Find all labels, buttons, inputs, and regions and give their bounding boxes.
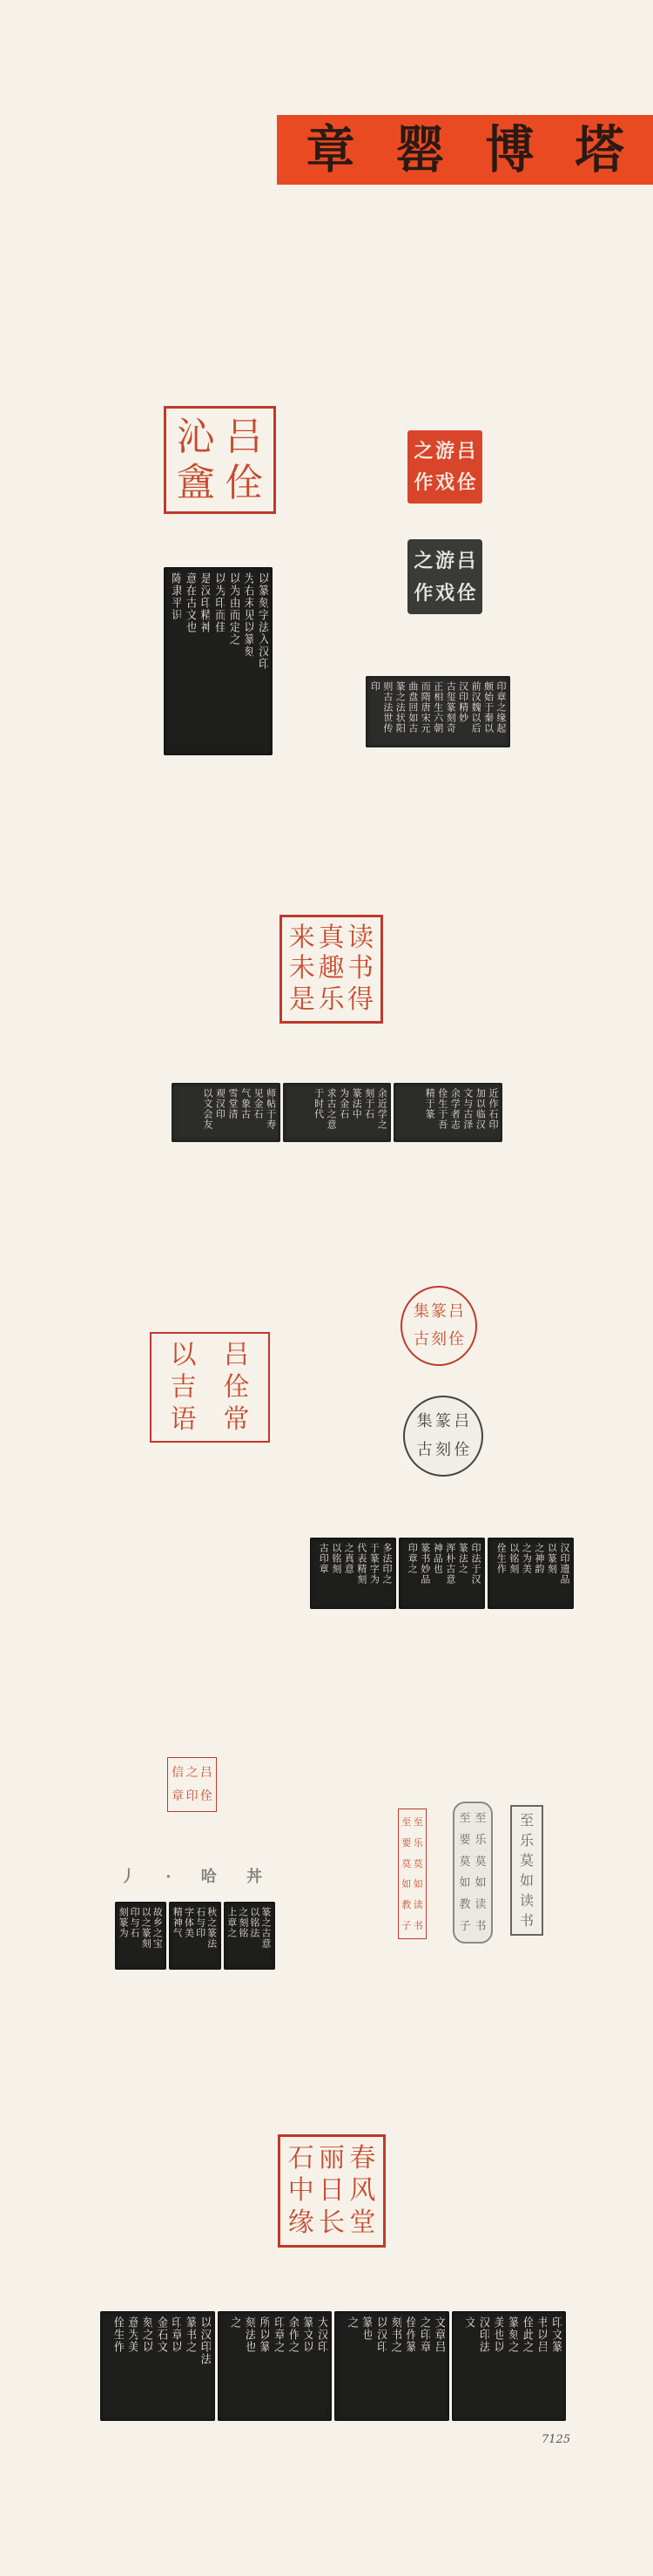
title-char: 博 [486,125,535,176]
seal-char: 佺 [453,1437,471,1465]
seal-char: 如 [514,1870,540,1890]
rubbing-text-column: 汉印遗品 [559,1543,569,1604]
rubbing-text-column: 汉印精妙 [458,681,468,742]
rubbing-text-column: 意在古文也 [184,572,196,750]
title-char: 塔 [576,125,624,176]
rubbing-text-column: 余近学之 [377,1088,387,1137]
rubbing-text-column: 雪堂清 [227,1088,238,1137]
rubbing-text-column: 上章之 [228,1907,237,1964]
rubbing-text-column: 以铭法 [251,1907,259,1964]
seal-char: 古 [413,1326,430,1354]
rubbing-text-column: 精于篆 [425,1088,435,1137]
rubbing-text-column: 所以篆 [258,2316,270,2416]
rubbing-text-column: 文与古泽 [462,1088,473,1137]
seal-char: 印 [185,1785,199,1809]
rubbing-text-column: 篆文以 [301,2316,313,2416]
rubbing-panel: 近作石印 加以临汉 文与古泽 余学者志 佺生于吾 精于篆 [394,1083,502,1142]
seal-char: 要 [401,1833,413,1854]
seal-char: 至 [514,1810,540,1830]
rubbing-text-column: 篆也 [360,2316,373,2416]
rubbing-text-column: 多法印之 [381,1543,392,1604]
seal-char: 至 [401,1812,413,1833]
seal-char: 吕 [455,436,477,467]
seal-char: 篆 [430,1298,448,1326]
seal-char: 莫 [401,1853,413,1874]
seal-char: 乐 [514,1830,540,1850]
seal-char: 风 [347,2174,378,2207]
rubbing-text-column: 之 [229,2316,241,2416]
rubbing-text-column: 浑朴古意 [445,1543,455,1604]
rubbing-triptych: 多法印之 于篆字为 代表精刻 之真意 以铭刻 古印章 印法于汉 篆法之 浑朴古意… [310,1538,574,1609]
seal-char: 盦 [172,460,220,506]
seal-char: 集 [413,1298,430,1326]
rubbing-text-column: 曲盘回如古 [407,681,417,742]
rubbing-text-column: 刻篆为 [119,1907,128,1964]
seal-large-zhuwen: 吕 佺 沁 盦 [164,406,276,514]
seal-char: 戏 [434,467,456,498]
seal-char: 作 [413,467,434,498]
rubbing-text-column: 神品也 [433,1543,443,1604]
rubbing-quadriptych: 以汉印法 篆书之 印章以 金石文 刻之以 意为美 佺生作 大汉印 篆文以 余作之… [100,2311,566,2421]
seal-char: 佺 [199,1785,213,1809]
rubbing-panel: 大汉印 篆文以 余作之 印章之 所以篆 刻法也 之 [218,2311,333,2421]
seal-char: 堂 [347,2208,378,2240]
seal-char: 丽 [316,2142,347,2174]
rubbing-text-column: 则古法世传 [382,681,392,742]
seal-char: 吕 [448,1298,465,1326]
rubbing-text-column: 篆之法状阳 [395,681,405,742]
seal-small-zhuwen: 吕 佺 之 印 信 章 [167,1757,217,1812]
rubbing-text-column: 篆法中 [352,1088,362,1137]
seal-zhuwen-nine: 读 书 得 真 趣 乐 来 未 是 [279,915,383,1024]
rubbing-text-column: 之神韵 [534,1543,544,1604]
seal-char: 书 [413,1915,425,1936]
seal-char: 读 [413,1895,425,1916]
seal-char: 子 [401,1915,413,1936]
seal-char: 佺 [455,577,477,609]
rubbing-wide: 印章之缘起 颇始于秦以 前汉魏以后 汉印精妙 古玺篆刻奇 正相生六朝 而隋唐宋元… [366,676,510,747]
rubbing-text-column: 佺生作 [111,2316,124,2416]
rubbing-panel: 故乡之宝 以之篆刻 印与石 刻篆为 [115,1902,166,1970]
rubbing-text-column: 篆刻之 [506,2316,518,2416]
seal-char: 趣 [317,954,347,985]
seal-char: 书 [346,954,375,985]
seal-char: 如 [413,1874,425,1895]
seal-char: 至 [413,1812,425,1833]
rubbing-text-column: 余作之 [286,2316,299,2416]
rubbing-text-column: 颇始于秦以 [483,681,493,742]
rubbing-text-column: 印 [370,681,380,742]
rubbing-text-column: 大汉印 [315,2316,327,2416]
seal-char: 游 [434,436,456,467]
rubbing-text-column: 印章之缘起 [496,681,506,742]
rubbing-text-column: 为金石 [339,1088,349,1137]
seal-char: 佺 [448,1326,465,1354]
rubbing-text-column: 刻书之 [389,2316,401,2416]
rubbing-text-column: 古玺篆刻奇 [446,681,455,742]
seal-char: 吕 [220,414,269,460]
seal-char: 刻 [430,1326,448,1354]
seal-char: 要 [457,1829,473,1851]
rubbing-text-column: 之真意 [344,1543,354,1604]
rubbing-text-column: 美也以 [492,2316,504,2416]
rubbing-text-column: 而隋唐宋元 [421,681,430,742]
seal-char: 刻 [434,1437,452,1465]
seal-char: 古 [415,1437,434,1465]
seal-tall-ink: 至 乐 莫 如 读 书 至 要 莫 如 教 子 [453,1802,493,1944]
seal-char: 教 [401,1895,413,1916]
seal-tall-red: 至 乐 莫 如 读 书 至 要 莫 如 教 子 [398,1809,427,1939]
rubbing-text-column: 古印章 [319,1543,329,1604]
ink-smudge-marks: 丿 · 哈 丼 [120,1864,277,1887]
rubbing-text-column: 近作石印 [488,1088,498,1137]
seal-char: 如 [457,1873,473,1895]
rubbing-panel: 印章之缘起 颇始于秦以 前汉魏以后 汉印精妙 古玺篆刻奇 正相生六朝 而隋唐宋元… [366,676,510,747]
rubbing-text-column: 以篆刻 [547,1543,557,1604]
rubbing-text-column: 文章吕 [433,2316,445,2416]
rubbing-text-column: 以文会友 [202,1088,212,1137]
seal-char: 莫 [473,1851,488,1873]
seal-char: 书 [473,1916,488,1937]
rubbing-text-column: 篆书之 [184,2316,196,2416]
rubbing-text-column: 意为美 [126,2316,138,2416]
rubbing-panel: 汉印遗品 以篆刻 之神韵 之为美 以铭刻 佺生作 [488,1538,574,1609]
rubbing-text-column: 求古之意 [326,1088,337,1137]
seal-char: 吕 [453,1408,471,1437]
seal-char: 信 [171,1761,185,1785]
rubbing-text-column: 陈隶平识 [170,572,182,750]
seal-char: 吕 [210,1339,263,1371]
seal-char: 乐 [413,1833,425,1854]
rubbing-text-column: 是汉印精神 [199,572,211,750]
seal-char: 教 [457,1894,473,1916]
seal-char: 至 [473,1808,488,1829]
rubbing-panel: 秋之篆法 石与印 字体美 精神气 [169,1902,220,1970]
seal-char: 吕 [455,544,477,577]
rubbing-text-column: 余学者志 [450,1088,461,1137]
rubbing-text-column: 佺生于吾 [437,1088,448,1137]
seal-char: 日 [316,2174,347,2207]
seal-char: 书 [514,1910,540,1930]
seal-char: 莫 [413,1853,425,1874]
seal-char: 佺 [210,1371,263,1403]
seal-char: 得 [346,984,375,1016]
rubbing-text-column: 之印章 [418,2316,430,2416]
title-char: 罂 [396,125,445,176]
seal-char: 吕 [199,1761,213,1785]
rubbing-text-column: 精神气 [173,1907,182,1964]
rubbing-text-column: 印章以 [170,2316,182,2416]
rubbing-text-column: 篆之古意 [262,1907,271,1964]
seal-char: 春 [347,2142,378,2174]
seal-char: 莫 [514,1850,540,1870]
rubbing-text-column: 印章之 [272,2316,284,2416]
rubbing-text-column: 以之篆刻 [142,1907,151,1964]
seal-char: 吉 [157,1371,210,1403]
rubbing-panel: 篆之古意 以铭法 之刻铭 上章之 [224,1902,275,1970]
seal-char: 佺 [455,467,477,498]
seal-char: 莫 [457,1851,473,1873]
seal-char: 是 [287,984,317,1016]
rubbing-text-column: 佺此之 [521,2316,533,2416]
seal-tall-gray: 至 乐 莫 如 读 书 [510,1805,543,1936]
seal-circle-gray: 吕 佺 篆 刻 集 古 [403,1396,483,1477]
seal-char: 章 [171,1785,185,1809]
rubbing-tall: 以篆刻字法入汉印 为右未见以篆刻 以为由而定之 以为印而佳 是汉印精神 意在古文… [164,567,273,755]
seal-char: 中 [286,2174,316,2207]
seal-char: 未 [287,954,317,985]
seal-small-ink: 吕 佺 游 戏 之 作 [407,539,482,614]
rubbing-text-column: 前汉魏以后 [471,681,481,742]
page-mark: 7125 [542,2433,576,2449]
rubbing-panel: 印法于汉 篆法之 浑朴古意 神品也 篆书妙品 印章之 [399,1538,485,1609]
rubbing-text-column: 于时代 [313,1088,324,1137]
rubbing-text-column: 见金石 [253,1088,264,1137]
seal-char: 如 [473,1873,488,1895]
rubbing-text-column: 字体美 [185,1907,193,1964]
rubbing-panel: 印文篆 书以吕 佺此之 篆刻之 美也以 汉印法 文 [452,2311,567,2421]
rubbing-text-column: 以铭刻 [508,1543,519,1604]
rubbing-text-column: 观汉印 [215,1088,226,1137]
rubbing-text-column: 刻之以 [140,2316,152,2416]
rubbing-text-column: 篆书妙品 [420,1543,430,1604]
seal-char: 游 [434,544,456,577]
seal-char: 以 [157,1339,210,1371]
rubbing-text-column: 正相生六朝 [433,681,442,742]
rubbing-text-column: 以汉印 [374,2316,387,2416]
seal-char: 如 [401,1874,413,1895]
rubbing-text-column: 印文篆 [549,2316,562,2416]
rubbing-text-column: 加以临汉 [475,1088,486,1137]
seal-char: 之 [413,436,434,467]
seal-char: 至 [457,1808,473,1829]
seal-char: 戏 [434,577,456,609]
seal-circle-red: 吕 佺 篆 刻 集 古 [401,1286,477,1366]
rubbing-text-column: 汉印法 [477,2316,489,2416]
seal-char: 读 [346,923,375,954]
rubbing-text-column: 篆法之 [458,1543,468,1604]
rubbing-text-column: 佺作篆 [404,2316,416,2416]
rubbing-text-column: 代表精刻 [356,1543,367,1604]
title-char: 章 [306,125,355,176]
rubbing-text-column: 之刻铭 [239,1907,248,1964]
rubbing-panel: 余近学之 刻于石 篆法中 为金石 求古之意 于时代 [283,1083,392,1142]
seal-char: 乐 [317,984,347,1016]
rubbing-text-column: 之为美 [522,1543,532,1604]
rubbing-text-column: 佺生作 [496,1543,507,1604]
rubbing-text-column: 刻法也 [243,2316,255,2416]
seal-char: 来 [287,923,317,954]
seal-char: 沁 [172,414,220,460]
rubbing-text-column: 印法于汉 [470,1543,481,1604]
seal-char: 篆 [434,1408,452,1437]
seal-char: 语 [157,1403,210,1436]
rubbing-text-column: 师帖于寿 [266,1088,276,1137]
seal-char: 佺 [220,460,269,506]
rubbing-text-column: 文 [463,2316,475,2416]
rubbing-text-column: 之 [346,2316,358,2416]
seal-char: 读 [514,1890,540,1910]
rubbing-text-column: 以为印而佳 [212,572,225,750]
rubbing-panel: 文章吕 之印章 佺作篆 刻书之 以汉印 篆也 之 [334,2311,449,2421]
rubbing-text-column: 金石文 [155,2316,167,2416]
seal-char: 石 [286,2142,316,2174]
seal-char: 作 [413,577,434,609]
title-banner: 章 罂 博 塔 [277,115,653,185]
rubbing-panel: 多法印之 于篆字为 代表精刻 之真意 以铭刻 古印章 [310,1538,396,1609]
rubbing-text-column: 为右未见以篆刻 [242,572,254,750]
rubbing-text-column: 印与石 [131,1907,139,1964]
seal-char: 长 [316,2208,347,2240]
seal-char: 集 [415,1408,434,1437]
seal-char: 乐 [473,1829,488,1851]
rubbing-triptych: 师帖于寿 见金石 气象古 雪堂清 观汉印 以文会友 余近学之 刻于石 篆法中 为… [172,1083,502,1142]
rubbing-triptych: 故乡之宝 以之篆刻 印与石 刻篆为 秋之篆法 石与印 字体美 精神气 篆之古意 … [115,1902,275,1970]
seal-char: 缘 [286,2208,316,2240]
rubbing-text-column: 故乡之宝 [153,1907,162,1964]
seal-zhuwen-nine-bottom: 春 风 堂 丽 日 长 石 中 缘 [278,2134,386,2248]
rubbing-text-column: 刻于石 [364,1088,374,1137]
rubbing-text-column: 于篆字为 [369,1543,380,1604]
rubbing-panel: 以汉印法 篆书之 印章以 金石文 刻之以 意为美 佺生作 [100,2311,215,2421]
rubbing-text-column: 气象古 [240,1088,251,1137]
rubbing-text-column: 以汉印法 [199,2316,211,2416]
rubbing-text-column: 秋之篆法 [208,1907,217,1964]
seal-char: 之 [185,1761,199,1785]
seal-char: 之 [413,544,434,577]
seal-small-baiwen: 吕 佺 游 戏 之 作 [407,430,482,504]
seal-char: 读 [473,1894,488,1916]
rubbing-text-column: 印章之 [407,1543,418,1604]
rubbing-text-column: 以为由而定之 [227,572,239,750]
rubbing-text-column: 书以吕 [535,2316,548,2416]
rubbing-text-column: 以铭刻 [331,1543,341,1604]
rubbing-text-column: 以篆刻字法入汉印 [256,572,268,750]
seal-zhuwen-six: 吕 佺 常 以 吉 语 [150,1332,270,1443]
seal-char: 子 [457,1916,473,1937]
rubbing-text-column: 石与印 [197,1907,205,1964]
rubbing-panel: 师帖于寿 见金石 气象古 雪堂清 观汉印 以文会友 [172,1083,280,1142]
rubbing-panel: 以篆刻字法入汉印 为右未见以篆刻 以为由而定之 以为印而佳 是汉印精神 意在古文… [164,567,273,755]
seal-char: 真 [317,923,347,954]
seal-char: 常 [210,1403,263,1436]
